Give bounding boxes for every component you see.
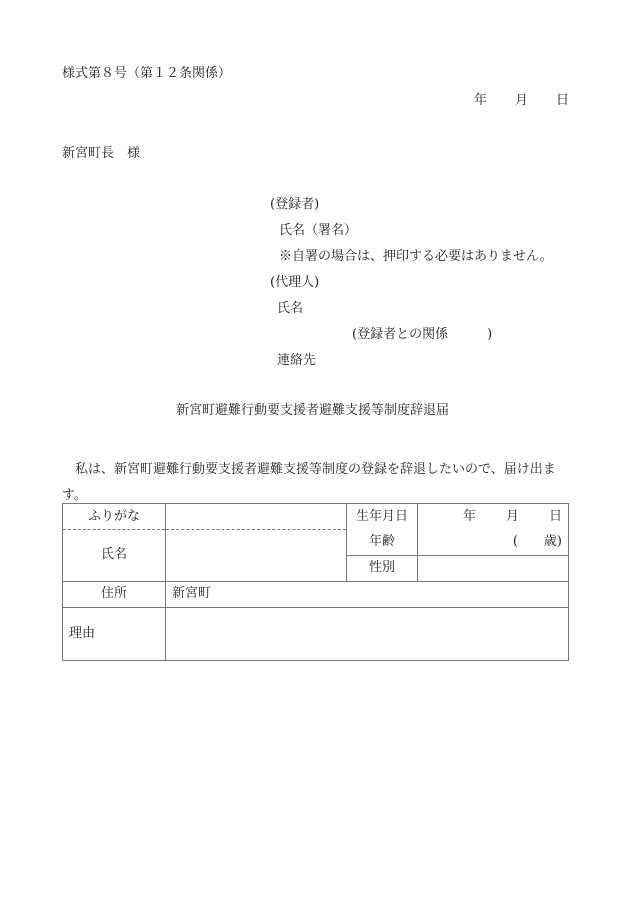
submission-date: 年月日 bbox=[474, 93, 569, 109]
statement-text: 私は、新宮町避難行動要支援者避難支援等制度の登録を辞退したいので、届け出ます。 bbox=[62, 457, 572, 509]
addressee: 新宮町長 様 bbox=[62, 146, 140, 162]
registration-form-table: ふりがな 生年月日 年月日 氏名 年齢 ( 歳) 性別 住所 新宮町 理由 bbox=[62, 503, 569, 661]
address-label: 住所 bbox=[63, 581, 166, 607]
agent-name-label: 氏名 bbox=[277, 301, 303, 317]
name-label: 氏名 bbox=[63, 530, 166, 582]
contact-label: 連絡先 bbox=[277, 353, 316, 369]
agent-relationship-label: (登録者との関係 ) bbox=[352, 327, 492, 343]
name-field[interactable] bbox=[166, 530, 347, 582]
dob-label: 生年月日 bbox=[347, 504, 418, 530]
date-year: 年 bbox=[474, 93, 487, 109]
date-day: 日 bbox=[556, 93, 569, 109]
agent-heading: (代理人) bbox=[270, 275, 319, 291]
seal-note: ※自署の場合は、押印する必要はありません。 bbox=[279, 249, 553, 265]
age-field[interactable]: ( 歳) bbox=[418, 530, 569, 556]
registrant-name-label: 氏名（署名） bbox=[279, 223, 357, 239]
gender-label: 性別 bbox=[347, 555, 418, 581]
reason-label: 理由 bbox=[63, 607, 166, 660]
dob-field[interactable]: 年月日 bbox=[418, 504, 569, 530]
dob-day: 日 bbox=[549, 509, 562, 525]
form-number: 様式第８号（第１２条関係） bbox=[62, 66, 231, 82]
reason-field[interactable] bbox=[166, 607, 569, 660]
gender-field[interactable] bbox=[418, 555, 569, 581]
address-field[interactable]: 新宮町 bbox=[166, 581, 569, 607]
furigana-field[interactable] bbox=[166, 504, 347, 530]
dob-month: 月 bbox=[506, 509, 519, 525]
dob-year: 年 bbox=[463, 509, 476, 525]
registrant-heading: (登録者) bbox=[270, 197, 319, 213]
age-label: 年齢 bbox=[347, 530, 418, 556]
document-title: 新宮町避難行動要支援者避難支援等制度辞退届 bbox=[176, 403, 449, 419]
furigana-label: ふりがな bbox=[63, 504, 166, 530]
date-month: 月 bbox=[515, 93, 528, 109]
